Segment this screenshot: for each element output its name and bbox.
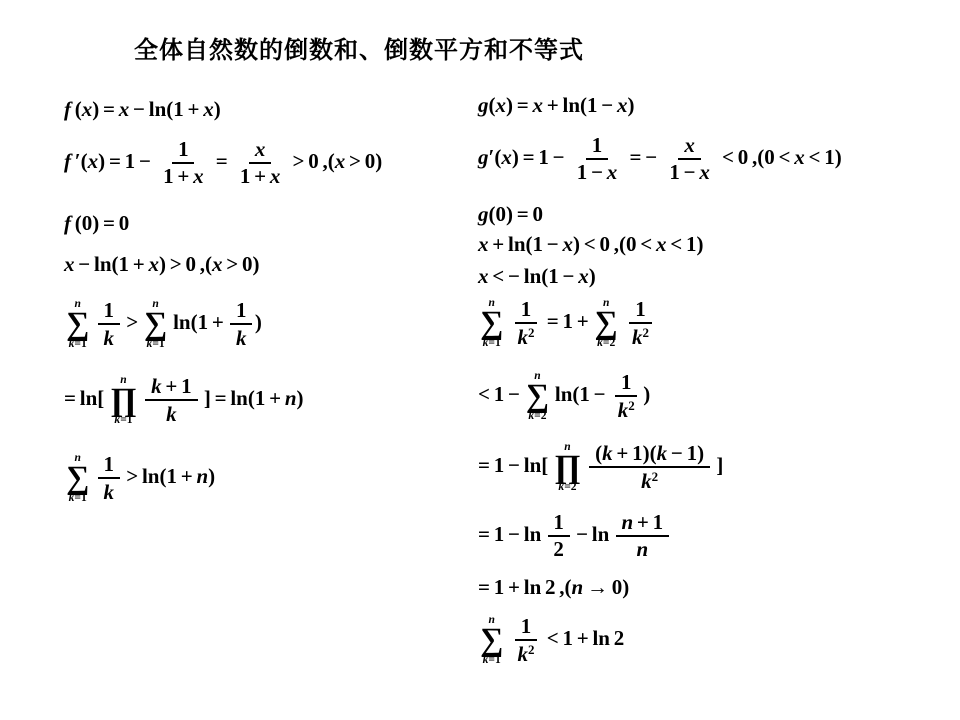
sum-operator: n∑k=1 — [66, 298, 89, 351]
fraction: 1k2 — [626, 298, 655, 348]
sum-operator: n∑k=1 — [480, 297, 503, 350]
fraction: k+1k — [145, 375, 197, 425]
formula-right-9: =1−ln12−lnn+1n — [478, 511, 672, 561]
fraction: 1k2 — [612, 371, 641, 421]
fraction: x1−x — [663, 134, 715, 184]
slide-canvas: 全体自然数的倒数和、倒数平方和不等式 f(x)=x−ln(1+x)f′(x)=1… — [0, 0, 960, 720]
fraction: n+1n — [616, 511, 669, 561]
formula-left-4: x−ln(1+x)>0,(x>0) — [64, 251, 260, 277]
formula-right-7: <1−n∑k=2ln(1−1k2) — [478, 370, 650, 423]
formula-right-1: g(x)=x+ln(1−x) — [478, 92, 635, 118]
formula-left-5: n∑k=11k>n∑k=1ln(1+1k) — [64, 298, 262, 351]
formula-right-8: =1−ln[n∏k=2(k+1)(k−1)k2] — [478, 441, 723, 494]
fraction: 1k — [230, 299, 252, 349]
formula-right-6: n∑k=11k2=1+n∑k=21k2 — [478, 297, 657, 350]
formula-left-3: f(0)=0 — [64, 210, 129, 236]
fraction: x1+x — [234, 138, 286, 188]
fraction: (k+1)(k−1)k2 — [589, 442, 710, 492]
formula-right-3: g(0)=0 — [478, 201, 543, 227]
formula-right-4: x+ln(1−x)<0,(0<x<1) — [478, 231, 704, 257]
fraction: 11−x — [571, 134, 623, 184]
sum-operator: n∑k=1 — [66, 452, 89, 505]
formula-right-5: x<−ln(1−x) — [478, 263, 596, 289]
fraction: 12 — [548, 511, 570, 561]
fraction: 11+x — [157, 138, 209, 188]
product-operator: n∏k=1 — [110, 374, 137, 427]
formula-right-2: g′(x)=1−11−x=−x1−x<0,(0<x<1) — [478, 134, 842, 184]
formula-left-6: =ln[n∏k=1k+1k]=ln(1+n) — [64, 374, 304, 427]
fraction: 1k — [98, 299, 120, 349]
formula-left-7: n∑k=11k>ln(1+n) — [64, 452, 215, 505]
formula-right-10: =1+ln2,(n→0) — [478, 574, 629, 600]
right-formula-column: g(x)=x+ln(1−x)g′(x)=1−11−x=−x1−x<0,(0<x<… — [478, 0, 948, 720]
fraction: 1k2 — [512, 615, 541, 665]
sum-operator: n∑k=1 — [480, 614, 503, 667]
formula-left-1: f(x)=x−ln(1+x) — [64, 96, 221, 122]
sum-operator: n∑k=2 — [595, 297, 618, 350]
fraction: 1k — [98, 453, 120, 503]
left-formula-column: f(x)=x−ln(1+x)f′(x)=1−11+x=x1+x>0,(x>0)f… — [64, 0, 474, 720]
sum-operator: n∑k=2 — [526, 370, 549, 423]
sum-operator: n∑k=1 — [144, 298, 167, 351]
formula-right-11: n∑k=11k2<1+ln2 — [478, 614, 624, 667]
fraction: 1k2 — [512, 298, 541, 348]
product-operator: n∏k=2 — [554, 441, 581, 494]
formula-left-2: f′(x)=1−11+x=x1+x>0,(x>0) — [64, 138, 382, 188]
